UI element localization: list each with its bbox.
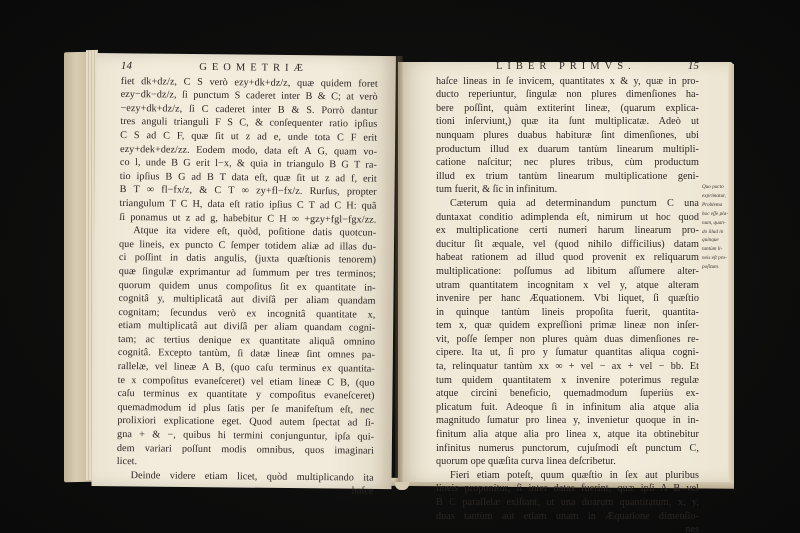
text-line: habeat rationem ad illud quod provenit e…	[436, 251, 699, 265]
text-line: vit, poſſe ſemper non plures quàm duas d…	[436, 333, 699, 347]
running-title: Liber Primvs.	[496, 60, 636, 74]
marginal-line: poſitum.	[702, 263, 732, 272]
right-page-text: Liber Primvs. 15 haſce lineas in ſe invi…	[436, 60, 699, 533]
text-line: plicatum fuit. Adeoque ſi in infinitum a…	[436, 401, 699, 415]
left-running-head: 14 Geometriæ	[121, 60, 378, 76]
text-line: B C parallelæ exiſtant, ut una duarum qu…	[436, 496, 699, 510]
text-line: productum illud ex duarum tantùm linearu…	[436, 143, 699, 157]
book-gutter	[395, 56, 403, 486]
text-line: illud ex trium tantùm linearum multiplic…	[436, 170, 699, 184]
text-line: tum quidem quantitatem x invenire poteri…	[436, 374, 699, 388]
marginal-line: exprimatur,	[702, 192, 732, 201]
text-line: tem x, quæ quidem expreſſioni primæ line…	[436, 319, 699, 333]
marginal-line: num, quan-	[702, 219, 732, 228]
text-line: haſce lineas in ſe invicem, quantitates …	[436, 75, 699, 89]
marginal-note: Quo pacto exprimatur, Problema hoc eſſe …	[702, 183, 732, 272]
marginal-line: Quo pacto	[702, 183, 732, 192]
left-page-text: 14 Geometriæ fiet dk+dz/z, C S verò ezy+…	[116, 60, 378, 499]
text-line: bere poſſint, quàm extiterint lineæ, (qu…	[436, 102, 699, 116]
spine-tab	[395, 482, 409, 490]
text-line: infinitus numerus punctorum, cujuſmodi e…	[436, 442, 699, 456]
text-line: ex multiplicatione certi numeri harum li…	[436, 224, 699, 238]
text-line: ta, relinquatur tantùm xx ∞ + vel − ax +…	[436, 360, 699, 374]
text-line: duntaxat conditio adimplenda eſt, nimiru…	[436, 211, 699, 225]
text-line: atque circini beneficio, quemadmodum ſup…	[436, 387, 699, 401]
text-line: quorum ope quæſita curva linea deſcribet…	[436, 455, 699, 469]
catchword: nes	[436, 523, 699, 533]
text-line: finitum alia atque alia pro linea x, atq…	[436, 428, 699, 442]
text-line: ducto reperiuntur, ſingulæ non plures di…	[436, 88, 699, 102]
text-line: utram quantitatem incognitam x vel y, at…	[436, 279, 699, 293]
text-line: multiplicatione: poſſumus ad libitum aſſ…	[436, 265, 699, 279]
text-line: invenire per hanc Æquationem. Vbi liquet…	[436, 292, 699, 306]
open-book: 14 Geometriæ fiet dk+dz/z, C S verò ezy+…	[0, 0, 800, 533]
text-line: cipere. Ita ut, ſi pro y ſumatur quantit…	[436, 346, 699, 360]
marginal-line: quinque	[702, 236, 732, 245]
paragraph-start: Cæterum quia ad determinandum punctum C …	[436, 197, 699, 211]
marginal-line: tantùm li-	[702, 245, 732, 254]
running-title: Geometriæ	[199, 61, 308, 76]
page-number: 15	[688, 60, 699, 74]
right-page-stack	[728, 64, 734, 482]
catchword: haſce	[116, 482, 373, 498]
text-line: tum fuerit, & ſic in infinitum.	[436, 183, 699, 197]
text-line: tioni inſerviunt,) quæ ita ſunt multipli…	[436, 115, 699, 129]
marginal-line: neis eſt pro-	[702, 254, 732, 263]
page-number: 14	[121, 60, 132, 74]
marginal-line: hoc eſſe pla-	[702, 210, 732, 219]
marginal-line: do illud in	[702, 228, 732, 237]
text-line: catione naſcitur; nec plures tribus, cùm…	[436, 156, 699, 170]
text-line: ducitur ſit æquale, vel (quod nihilo dif…	[436, 238, 699, 252]
text-line: lineis proponitur, ſi inter datas fuerin…	[436, 482, 699, 496]
right-running-head: Liber Primvs. 15	[436, 60, 699, 74]
text-line: nunquam plures duabus habituræ ſint dime…	[436, 129, 699, 143]
text-line: duas tantùm aut etiam unam in Æquatione …	[436, 510, 699, 524]
paragraph-start: Fieri etiam poteſt, quum quæſtio in ſex …	[436, 469, 699, 483]
text-line: in quinque tantùm lineis propoſita fueri…	[436, 306, 699, 320]
text-line: magnitudo ſumatur pro linea y, invenietu…	[436, 414, 699, 428]
marginal-line: Problema	[702, 201, 732, 210]
